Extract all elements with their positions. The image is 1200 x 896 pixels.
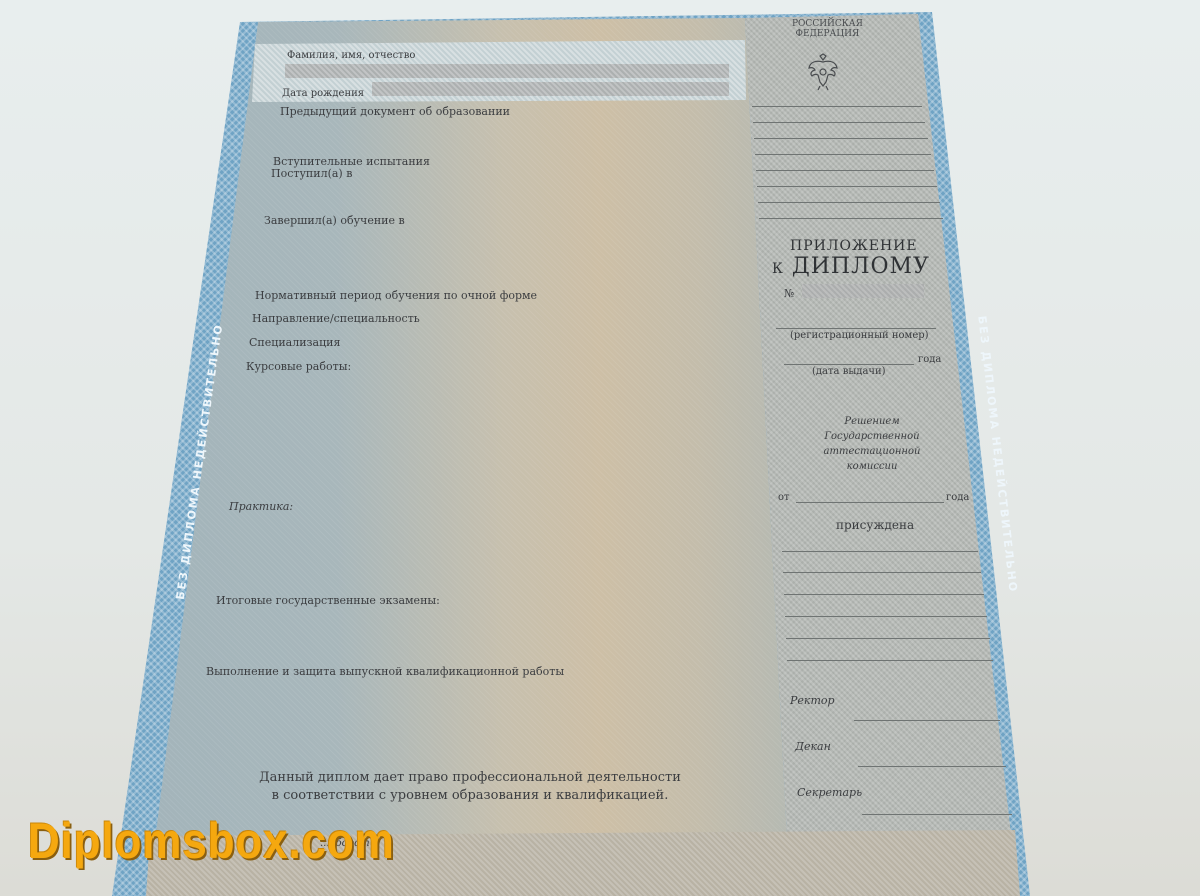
document-photo: БЕЗ ДИПЛОМА НЕДЕЙСТВИТЕЛЬНО БЕЗ ДИПЛОМА … — [0, 0, 1200, 896]
issue-date-caption: (дата выдачи) — [812, 366, 886, 377]
ruled-line — [755, 154, 931, 155]
previous-doc-label: Предыдущий документ об образовании — [280, 105, 510, 118]
from-word: от — [778, 492, 790, 503]
ruled-line — [759, 218, 943, 219]
supplement-title: ПРИЛОЖЕНИЕ — [790, 238, 918, 254]
coursework-label: Курсовые работы: — [246, 360, 351, 373]
reg-number-caption: (регистрационный номер) — [790, 330, 929, 341]
awarded-label: присуждена — [836, 518, 914, 532]
ruled-line — [783, 572, 981, 573]
thesis-label: Выполнение и защита выпускной квалификац… — [206, 665, 564, 678]
ruled-line — [758, 202, 940, 203]
year-word-2: года — [946, 492, 969, 503]
ruled-line — [782, 551, 978, 552]
finished-label: Завершил(а) обучение в — [264, 214, 405, 227]
number-label: № — [784, 287, 794, 300]
ruled-line — [756, 170, 934, 171]
ruled-line — [786, 638, 990, 639]
watermark-logo: Diplomsbox.com — [28, 812, 395, 870]
dean-signature-line — [858, 766, 1006, 767]
specialization-label: Специализация — [249, 336, 340, 349]
ruled-line — [753, 122, 925, 123]
russian-coat-of-arms-icon — [806, 52, 840, 92]
rights-statement: Данный диплом дает право профессионально… — [230, 769, 710, 805]
normative-period-label: Нормативный период обучения по очной фор… — [255, 289, 537, 302]
birth-date-value-redacted — [372, 82, 729, 96]
enrolled-label: Поступил(а) в — [271, 167, 352, 180]
full-name-label: Фамилия, имя, отчество — [287, 50, 415, 61]
number-value-redacted — [802, 284, 924, 298]
secretary-label: Секретарь — [797, 786, 862, 799]
dean-label: Декан — [795, 740, 831, 753]
ruled-line — [787, 660, 993, 661]
commission-decision: Решением Государственной аттестационной … — [812, 414, 932, 474]
ruled-line — [752, 106, 922, 107]
full-name-value-redacted — [285, 64, 729, 78]
ruled-line — [785, 616, 987, 617]
country-name: РОССИЙСКАЯ ФЕДЕРАЦИЯ — [792, 19, 863, 39]
supplement-subtitle: К ДИПЛОМУ — [772, 254, 930, 279]
secretary-signature-line — [862, 814, 1012, 815]
practice-label: Практика: — [229, 500, 293, 513]
birth-date-label: Дата рождения — [282, 88, 364, 99]
rector-signature-line — [854, 720, 1000, 721]
reg-number-line — [776, 328, 936, 329]
ruled-line — [754, 138, 928, 139]
year-word: года — [918, 354, 941, 365]
issue-date-line — [784, 364, 914, 365]
ruled-line — [757, 186, 937, 187]
decision-date-line — [796, 502, 944, 503]
direction-label: Направление/специальность — [252, 312, 420, 325]
ruled-line — [784, 594, 984, 595]
rector-label: Ректор — [790, 694, 835, 707]
state-exams-label: Итоговые государственные экзамены: — [216, 594, 440, 607]
